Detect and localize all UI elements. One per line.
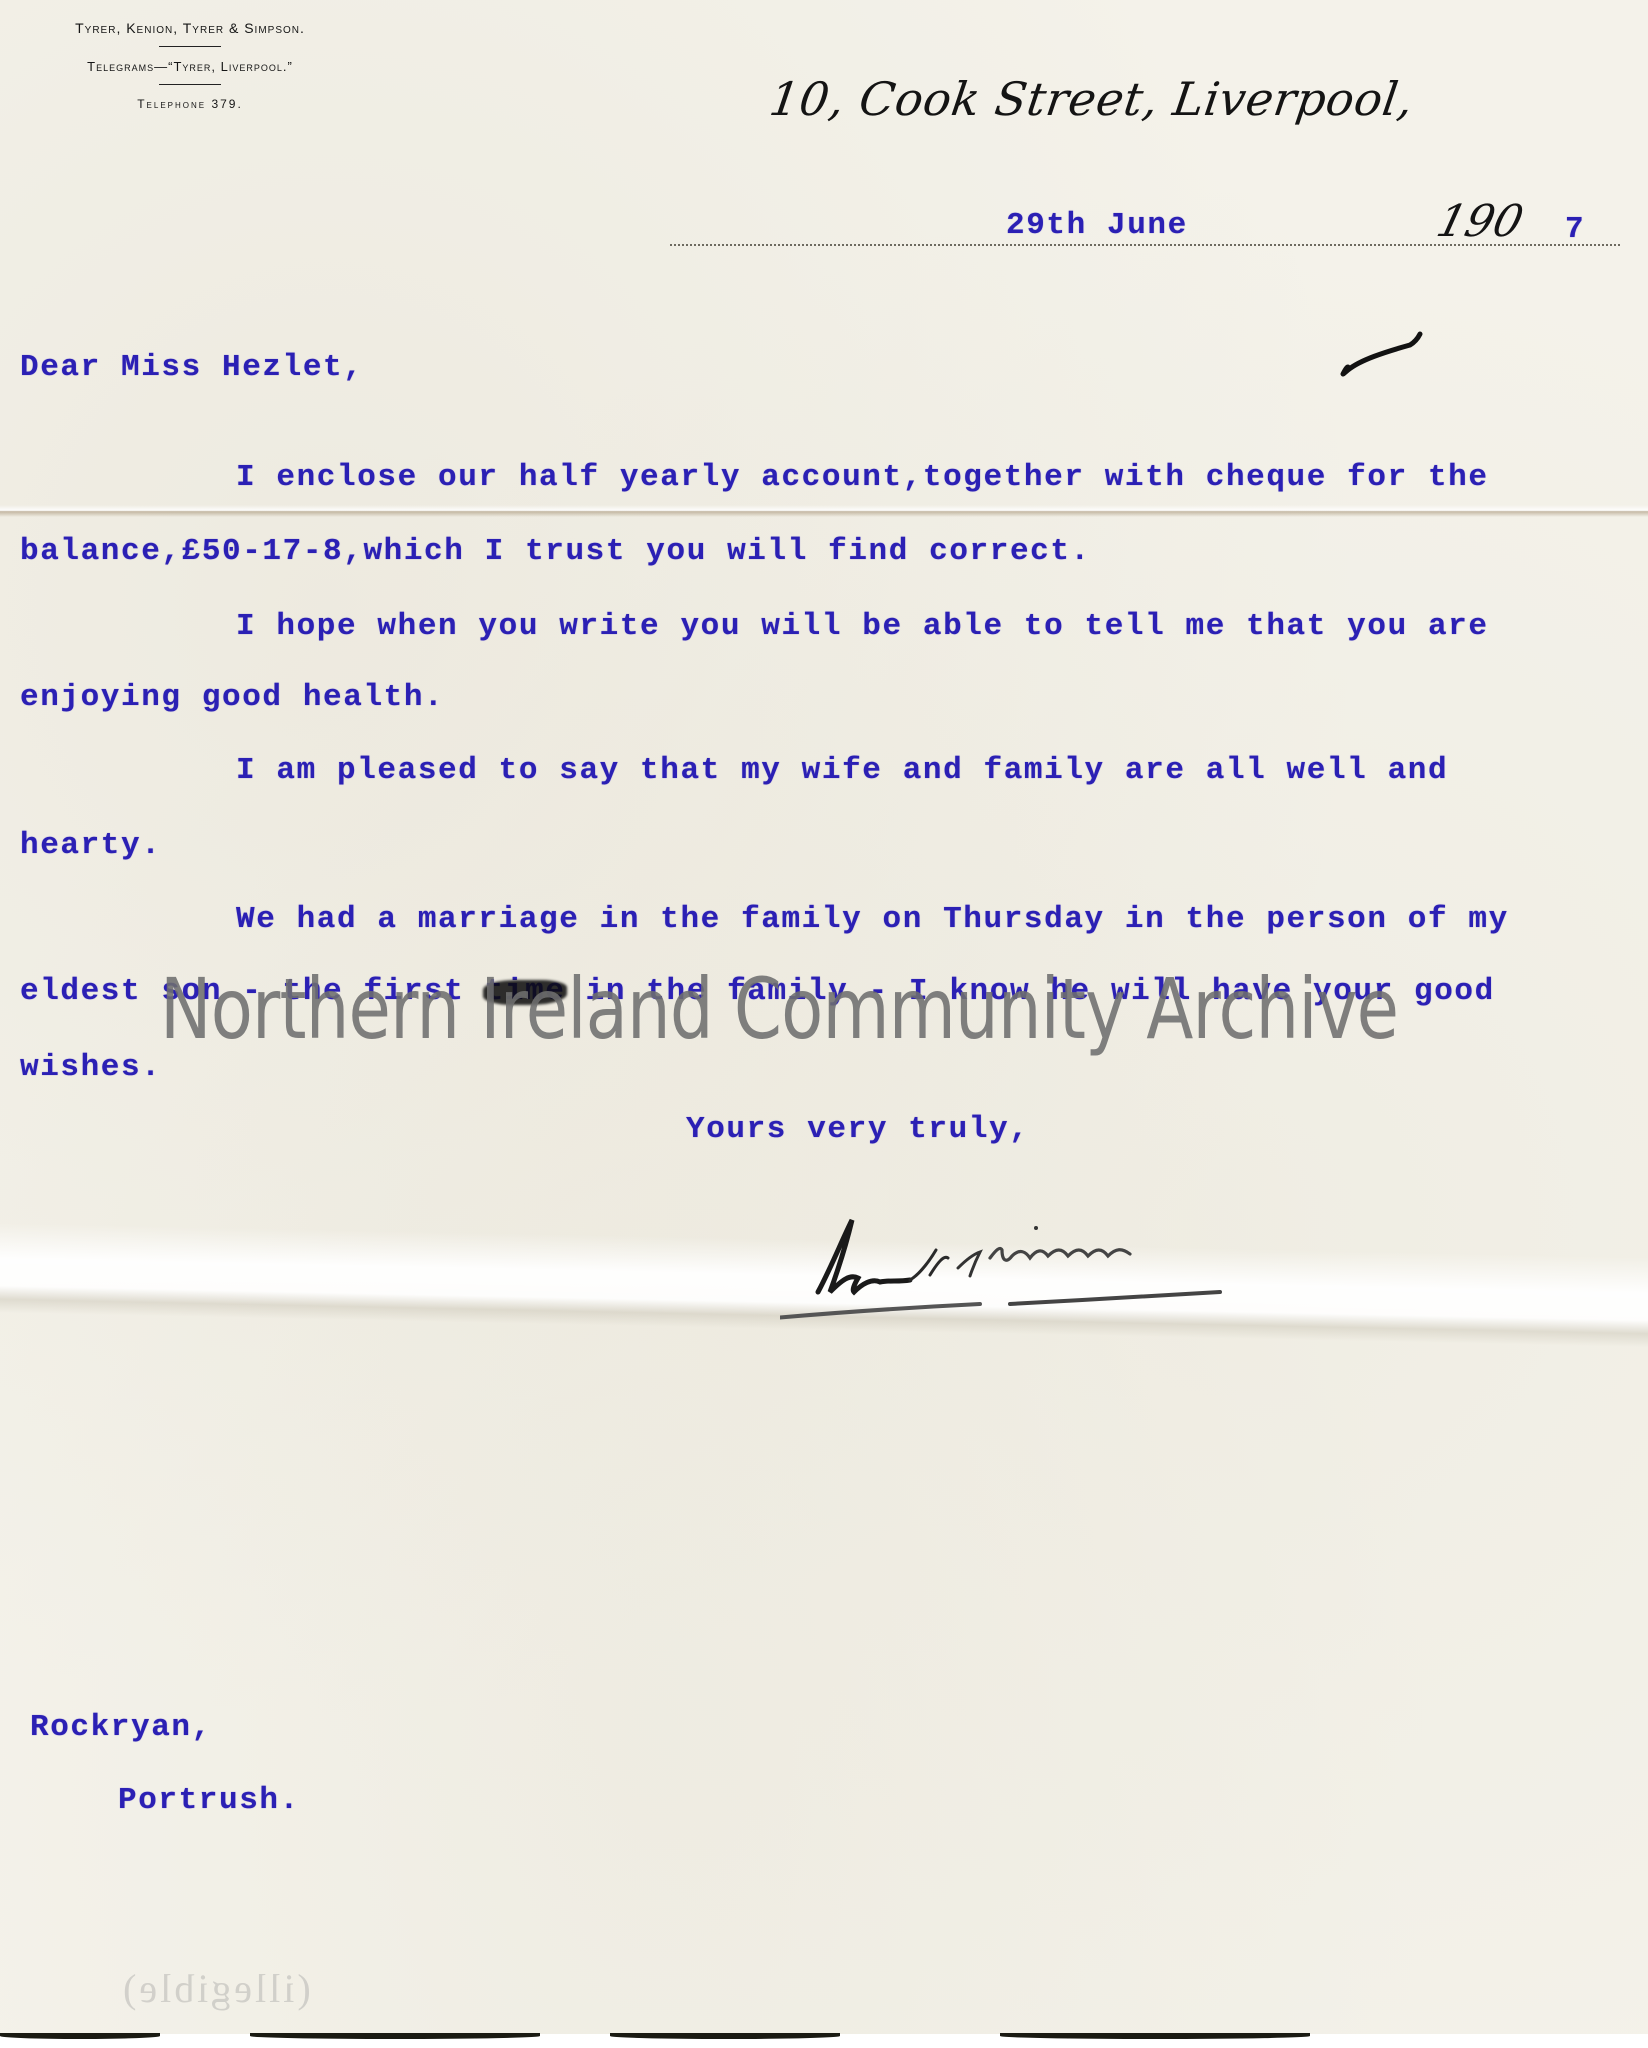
- body-line: wishes.: [20, 1050, 161, 1085]
- year-printed: 190: [1432, 196, 1529, 247]
- recipient-address-line-1: Rockryan,: [30, 1710, 212, 1745]
- paper-edge-shadow: [1000, 2033, 1310, 2039]
- year-typed-digit: 7: [1565, 212, 1585, 247]
- letterhead: Tyrer, Kenion, Tyrer & Simpson. Telegram…: [40, 20, 340, 111]
- paper-edge-shadow: [610, 2033, 840, 2039]
- body-line: We had a marriage in the family on Thurs…: [236, 902, 1509, 937]
- paper-fold-upper: [0, 505, 1648, 517]
- paper-edge-shadow: [250, 2033, 540, 2039]
- sender-address: 10, Cook Street, Liverpool,: [766, 72, 1417, 126]
- bleed-through-mark: (illegible): [120, 1965, 311, 2012]
- letterhead-firm-name: Tyrer, Kenion, Tyrer & Simpson.: [40, 20, 340, 36]
- check-mark-icon: [1340, 330, 1430, 380]
- body-line-segment: eldest son - the first: [20, 974, 485, 1009]
- paper-edge-shadow: [0, 2033, 160, 2039]
- body-line: enjoying good health.: [20, 680, 444, 715]
- body-line-segment: in the family - I know he will have your…: [565, 974, 1494, 1009]
- letterhead-divider: [159, 84, 221, 85]
- letter-paper: Tyrer, Kenion, Tyrer & Simpson. Telegram…: [0, 0, 1648, 2036]
- salutation: Dear Miss Hezlet,: [20, 350, 363, 385]
- body-line: I am pleased to say that my wife and fam…: [236, 753, 1448, 788]
- recipient-address-line-2: Portrush.: [118, 1783, 300, 1818]
- letterhead-divider: [159, 46, 221, 47]
- body-line: eldest son - the first time in the famil…: [20, 974, 1495, 1009]
- body-line: hearty.: [20, 828, 161, 863]
- closing: Yours very truly,: [686, 1112, 1029, 1147]
- handwritten-signature: [780, 1200, 1300, 1330]
- body-line: balance,£50-17-8,which I trust you will …: [20, 534, 1091, 569]
- body-line: I hope when you write you will be able t…: [236, 609, 1489, 644]
- letter-date: 29th June: [1006, 208, 1188, 243]
- letterhead-telephone: Telephone 379.: [40, 97, 340, 111]
- overstruck-word: time: [485, 974, 566, 1009]
- letterhead-telegrams: Telegrams—“Tyrer, Liverpool.”: [40, 59, 340, 74]
- body-line: I enclose our half yearly account,togeth…: [236, 460, 1489, 495]
